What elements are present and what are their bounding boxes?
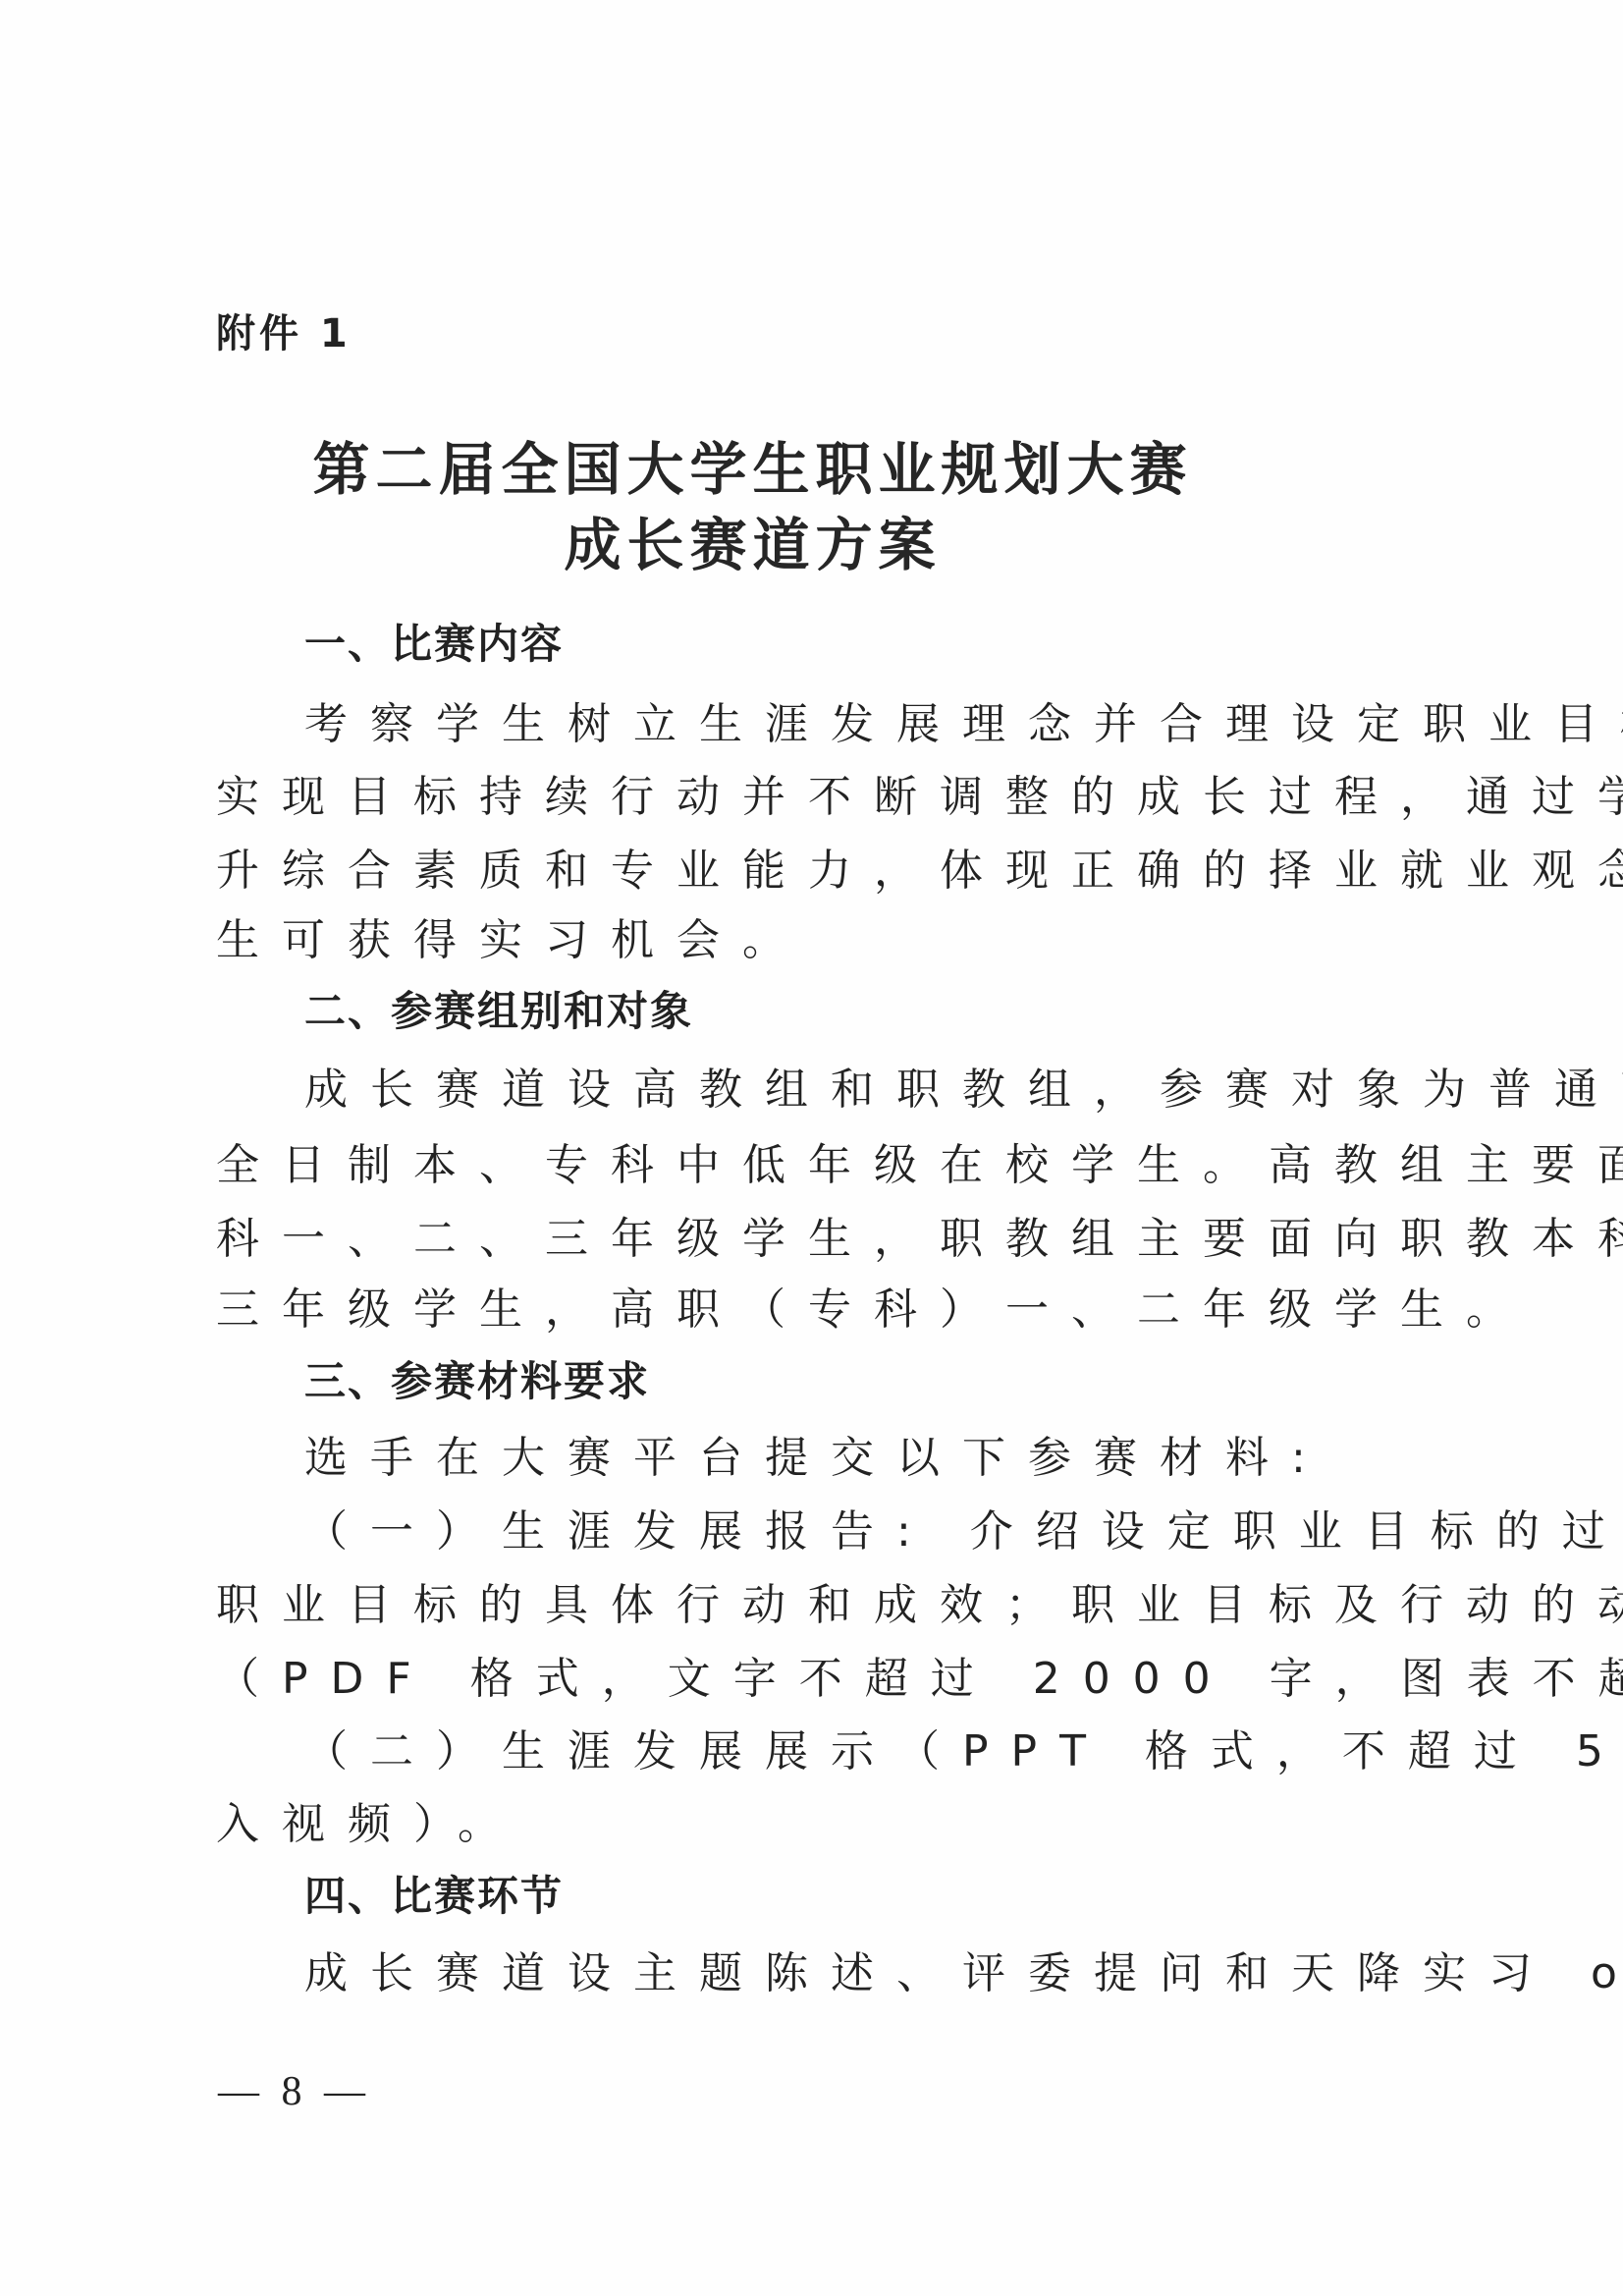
document-title-line-2: 成长赛道方案 xyxy=(0,508,1564,582)
paragraph-line: 选手在大赛平台提交以下参赛材料: xyxy=(304,1429,1355,1488)
document-page: 附件 1 第二届全国大学生职业规划大赛 成长赛道方案 一、比赛内容 考察学生树立… xyxy=(0,0,1623,2296)
paragraph-line: 生可获得实习机会。 xyxy=(216,911,1355,970)
paragraph-line: 科一、二、三年级学生，职教组主要面向职教本科一、二、 xyxy=(216,1210,1355,1269)
attachment-label: 附件 1 xyxy=(216,306,352,361)
section-heading-1: 一、比赛内容 xyxy=(304,615,564,674)
paragraph-line: 成长赛道设高教组和职教组，参赛对象为普通高等学校 xyxy=(304,1061,1355,1120)
section-heading-2: 二、参赛组别和对象 xyxy=(304,982,693,1041)
paragraph-line: 三年级学生，高职（专科）一、二年级学生。 xyxy=(216,1281,1355,1339)
paragraph-line: （一）生涯发展报告: 介绍设定职业目标的过程；实现 xyxy=(304,1503,1355,1561)
paragraph-line: 成长赛道设主题陈述、评委提问和天降实习 offer（实习 xyxy=(304,1944,1355,2003)
paragraph-line: 考察学生树立生涯发展理念并合理设定职业目标、围绕 xyxy=(304,695,1355,754)
section-heading-4: 四、比赛环节 xyxy=(304,1867,564,1926)
paragraph-line: （二）生涯发展展示（PPT 格式，不超过 50MB；可加 xyxy=(304,1722,1355,1781)
paragraph-line: （PDF 格式，文字不超过 2000 字，图表不超过 5 张）。 xyxy=(216,1650,1355,1709)
paragraph-line: 实现目标持续行动并不断调整的成长过程，通过学习实践提 xyxy=(216,768,1355,827)
paragraph-line: 升综合素质和专业能力，体现正确的择业就业观念。参赛学 xyxy=(216,842,1355,901)
document-title-line-1: 第二届全国大学生职业规划大赛 xyxy=(0,432,1564,507)
paragraph-line: 职业目标的具体行动和成效；职业目标及行动的动态调整等 xyxy=(216,1576,1355,1635)
paragraph-line: 入视频）。 xyxy=(216,1795,1355,1854)
section-heading-3: 三、参赛材料要求 xyxy=(304,1352,650,1411)
page-number: — 8 — xyxy=(218,2064,371,2119)
paragraph-line: 全日制本、专科中低年级在校学生。高教组主要面向普通本 xyxy=(216,1136,1355,1195)
